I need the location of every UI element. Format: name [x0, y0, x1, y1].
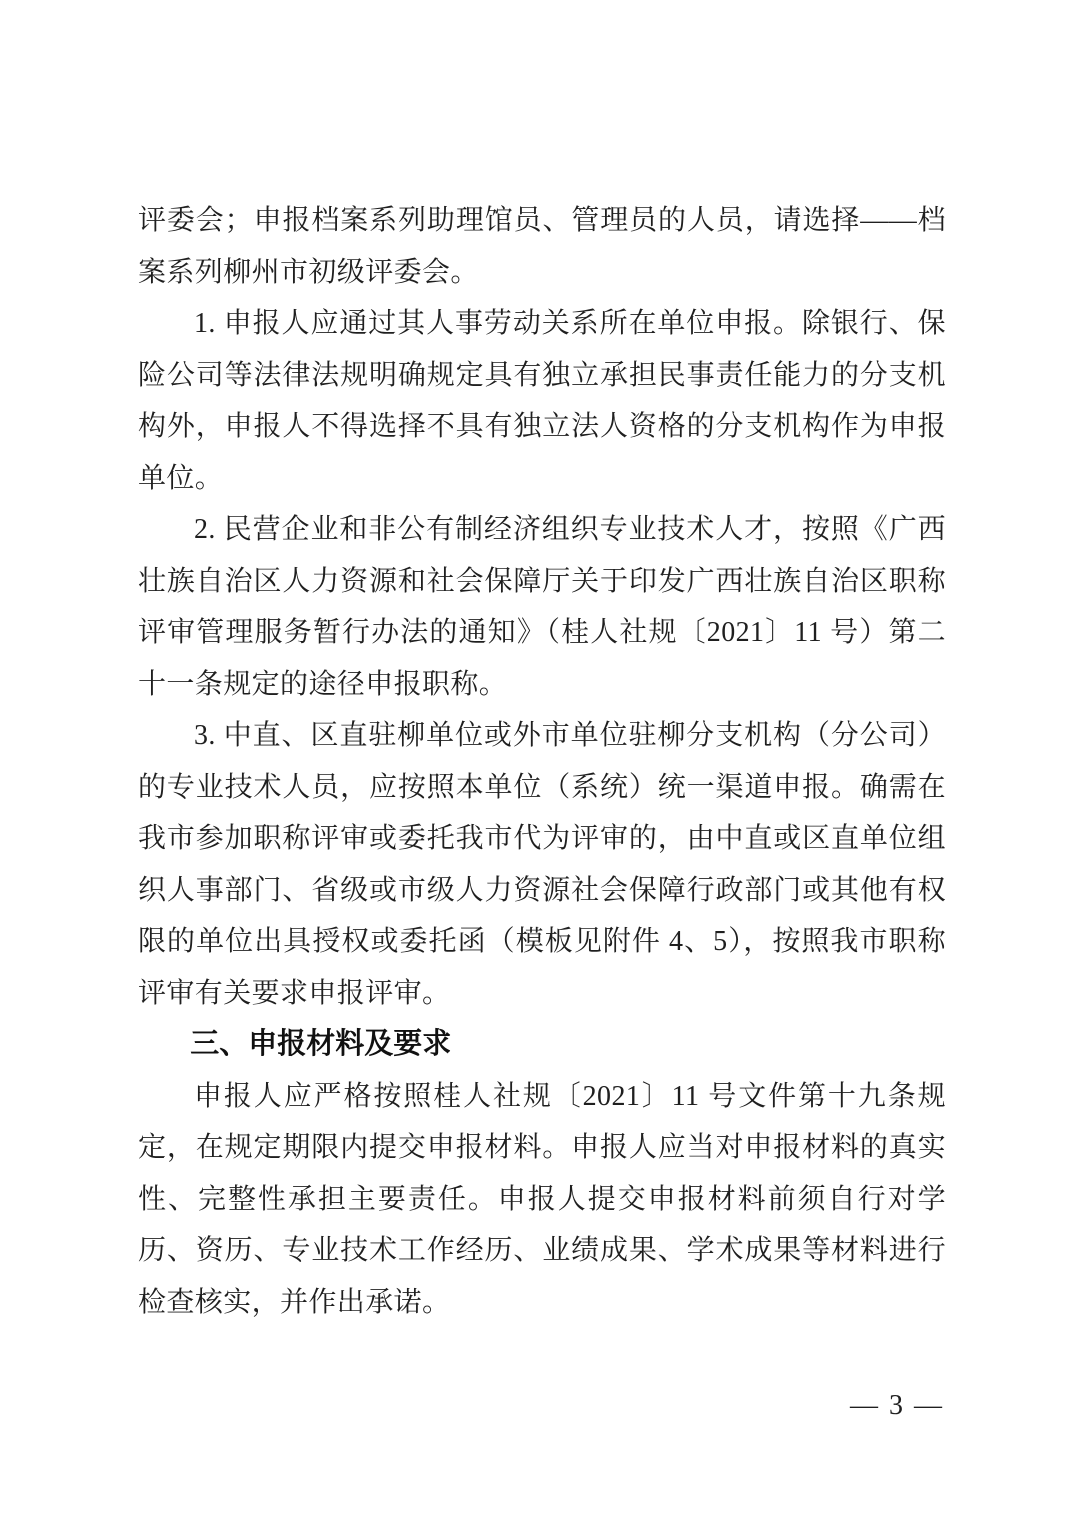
paragraph-requirements: 申报人应严格按照桂人社规〔2021〕11 号文件第十九条规定，在规定期限内提交申… [138, 1071, 946, 1329]
document-body: 评委会；申报档案系列助理馆员、管理员的人员，请选择——档案系列柳州市初级评委会。… [138, 195, 946, 1328]
paragraph-item-3: 3. 中直、区直驻柳单位或外市单位驻柳分支机构（分公司）的专业技术人员，应按照本… [138, 710, 946, 1019]
paragraph-item-2: 2. 民营企业和非公有制经济组织专业技术人才，按照《广西壮族自治区人力资源和社会… [138, 504, 946, 710]
section-heading-materials: 三、申报材料及要求 [138, 1019, 946, 1071]
page-number: — 3 — [850, 1386, 944, 1426]
document-page: 评委会；申报档案系列助理馆员、管理员的人员，请选择——档案系列柳州市初级评委会。… [0, 0, 1074, 1520]
paragraph-continuation: 评委会；申报档案系列助理馆员、管理员的人员，请选择——档案系列柳州市初级评委会。 [138, 195, 946, 298]
paragraph-item-1: 1. 申报人应通过其人事劳动关系所在单位申报。除银行、保险公司等法律法规明确规定… [138, 298, 946, 504]
